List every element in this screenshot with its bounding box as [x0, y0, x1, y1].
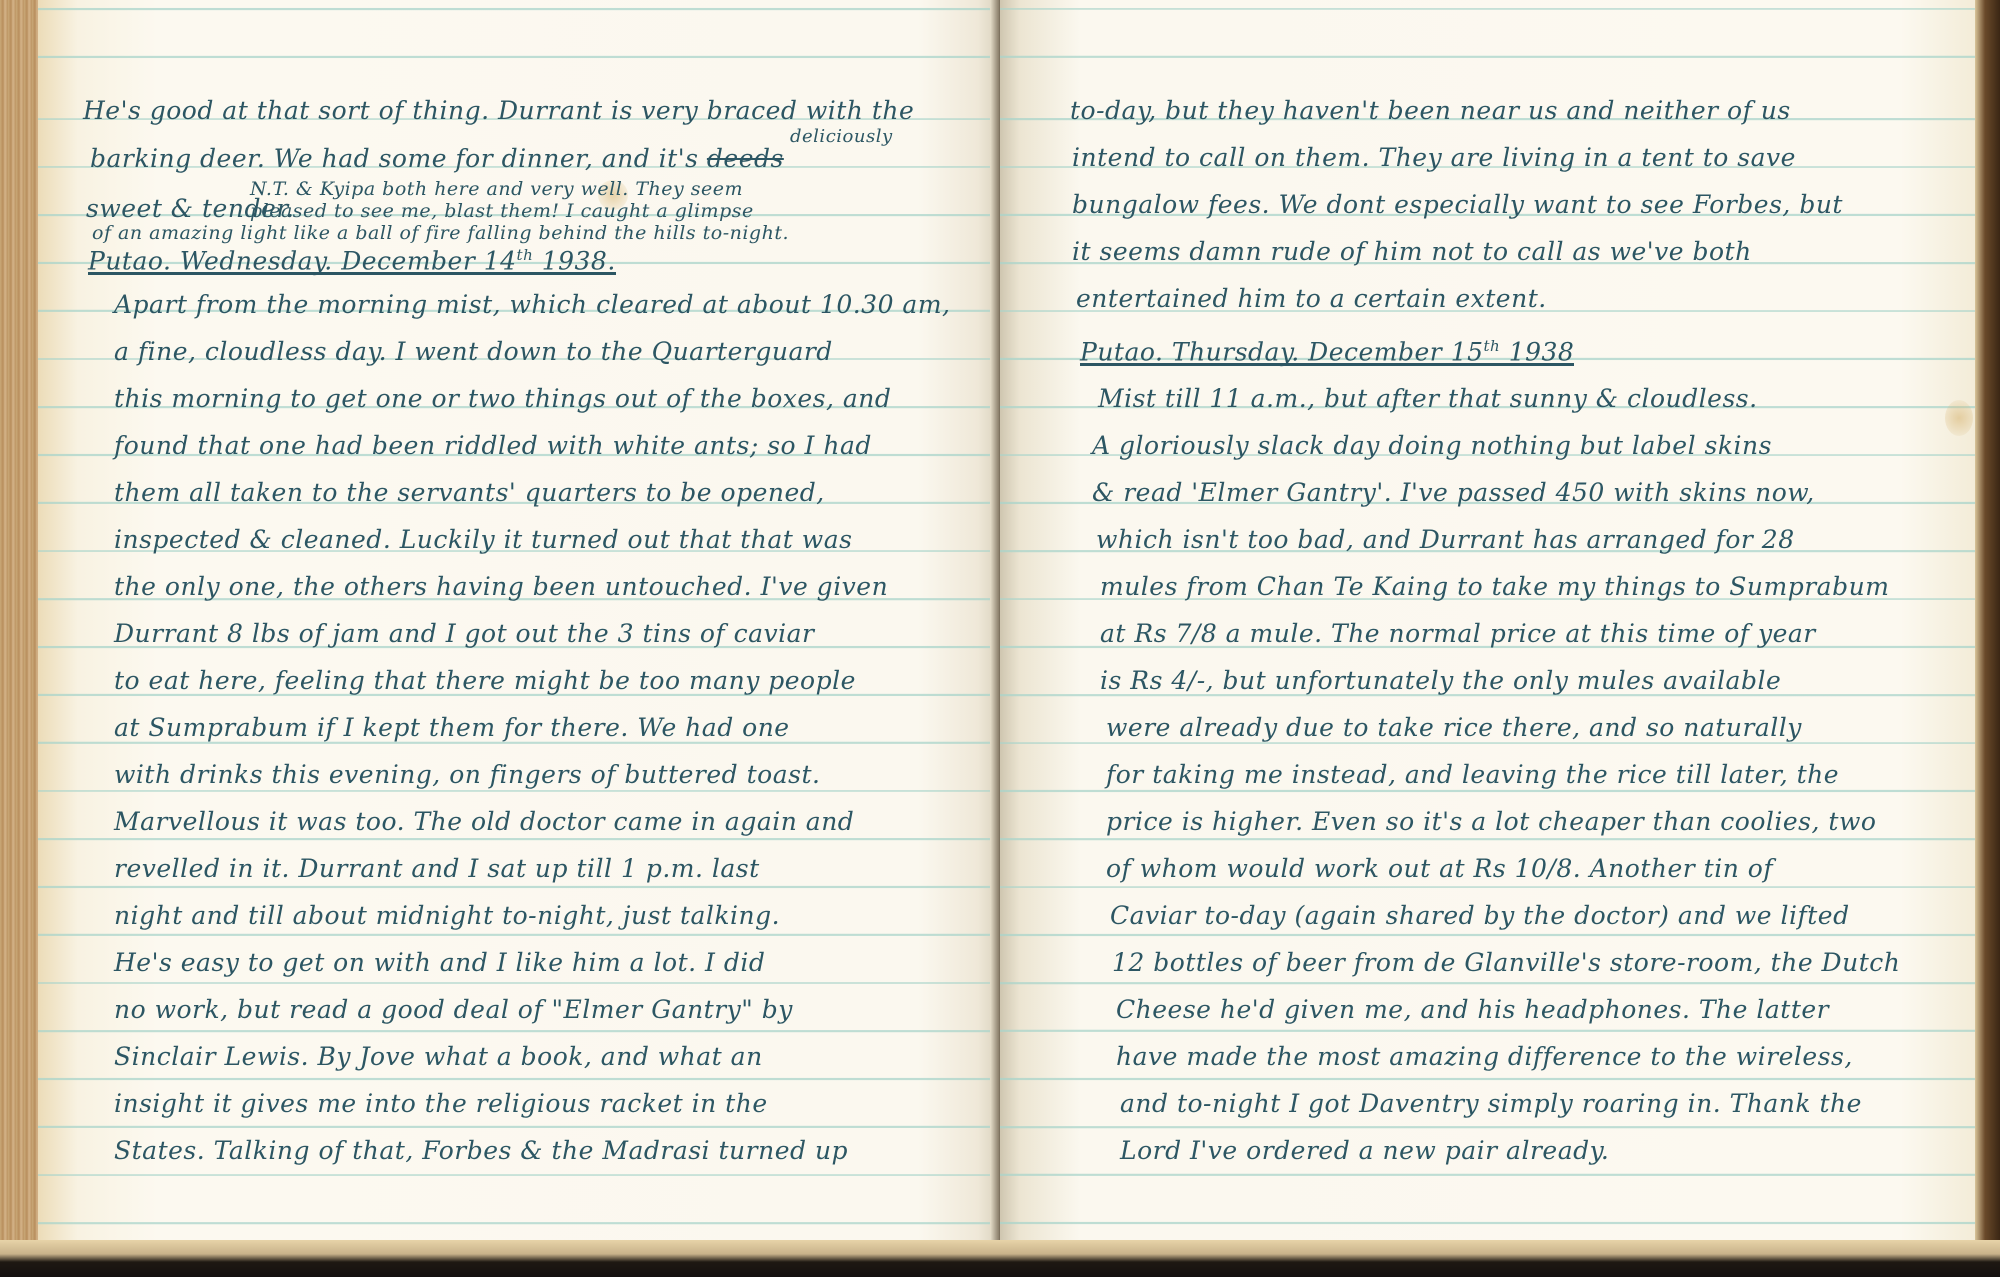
text-line: Apart from the morning mist, which clear… [114, 290, 951, 320]
text-line: States. Talking of that, Forbes & the Ma… [114, 1136, 848, 1166]
text-line: for taking me instead, and leaving the r… [1106, 760, 1839, 790]
heading-date-suffix: th [1484, 337, 1501, 355]
text-line: were already due to take rice there, and… [1106, 713, 1802, 743]
text-line: a fine, cloudless day. I went down to th… [114, 337, 833, 367]
text-line: barking deer. We had some for dinner, an… [90, 144, 784, 174]
text-line: them all taken to the servants' quarters… [114, 478, 825, 508]
text-line: the only one, the others having been unt… [114, 572, 888, 602]
marginal-insert-line: N.T. & Kyipa both here and very well. Th… [250, 178, 743, 200]
text-line: at Sumprabum if I kept them for there. W… [114, 713, 790, 743]
heading-date-suffix: th [517, 246, 534, 264]
text-line: Marvellous it was too. The old doctor ca… [114, 807, 854, 837]
text-line: night and till about midnight to-night, … [114, 901, 780, 931]
heading-date: December 14 [341, 246, 516, 275]
text-line: Cheese he'd given me, and his headphones… [1116, 995, 1829, 1025]
book-bottom-edge [0, 1240, 2000, 1277]
text-line: at Rs 7/8 a mule. The normal price at th… [1100, 619, 1816, 649]
text-line: and to-night I got Daventry simply roari… [1120, 1089, 1862, 1119]
text-line: to-day, but they haven't been near us an… [1070, 96, 1791, 126]
right-page: to-day, but they haven't been near us an… [1000, 0, 1975, 1262]
text-fragment: barking deer. We had some for dinner, an… [90, 144, 698, 173]
heading-place: Putao. [1080, 337, 1163, 366]
page-edges-left [0, 0, 38, 1262]
text-line: He's good at that sort of thing. Durrant… [83, 96, 914, 126]
text-line: no work, but read a good deal of "Elmer … [114, 995, 793, 1025]
text-line: found that one had been riddled with whi… [114, 431, 872, 461]
text-line: 12 bottles of beer from de Glanville's s… [1112, 948, 1900, 978]
notebook-spread: He's good at that sort of thing. Durrant… [0, 0, 2000, 1262]
text-line: intend to call on them. They are living … [1072, 143, 1796, 173]
struck-word: deeds [707, 144, 784, 173]
left-page-text: He's good at that sort of thing. Durrant… [38, 0, 1000, 1262]
text-line: revelled in it. Durrant and I sat up til… [114, 854, 760, 884]
text-line: A gloriously slack day doing nothing but… [1092, 431, 1772, 461]
text-line: Mist till 11 a.m., but after that sunny … [1098, 384, 1758, 414]
entry-heading-dec-15: Putao. Thursday. December 15th 1938 [1080, 331, 1574, 366]
text-line: insight it gives me into the religious r… [114, 1089, 768, 1119]
text-line: Sinclair Lewis. By Jove what a book, and… [114, 1042, 763, 1072]
text-line: have made the most amazing difference to… [1116, 1042, 1853, 1072]
text-line: Caviar to-day (again shared by the docto… [1110, 901, 1850, 931]
heading-weekday: Thursday. [1172, 337, 1300, 366]
text-line: which isn't too bad, and Durrant has arr… [1096, 525, 1795, 555]
inserted-word: deliciously [790, 126, 893, 147]
text-line: is Rs 4/-, but unfortunately the only mu… [1100, 666, 1781, 696]
heading-year: 1938 [1509, 337, 1575, 366]
page-edges-right [1975, 0, 2000, 1262]
text-line: mules from Chan Te Kaing to take my thin… [1100, 572, 1889, 602]
text-line: & read 'Elmer Gantry'. I've passed 450 w… [1092, 478, 1815, 508]
left-page: He's good at that sort of thing. Durrant… [38, 0, 1000, 1262]
text-line: bungalow fees. We dont especially want t… [1072, 190, 1843, 220]
text-line: He's easy to get on with and I like him … [114, 948, 765, 978]
text-line: it seems damn rude of him not to call as… [1072, 237, 1752, 267]
text-line: price is higher. Even so it's a lot chea… [1106, 807, 1876, 837]
entry-heading-dec-14: Putao. Wednesday. December 14th 1938. [88, 240, 616, 275]
marginal-insert-line: pleased to see me, blast them! I caught … [250, 200, 754, 222]
right-page-text: to-day, but they haven't been near us an… [1000, 0, 1975, 1262]
text-line: entertained him to a certain extent. [1076, 284, 1547, 314]
heading-place: Putao. [88, 246, 171, 275]
text-line: this morning to get one or two things ou… [114, 384, 891, 414]
text-line: to eat here, feeling that there might be… [114, 666, 856, 696]
text-line: Durrant 8 lbs of jam and I got out the 3… [114, 619, 815, 649]
text-line: of whom would work out at Rs 10/8. Anoth… [1106, 854, 1773, 884]
text-line: Lord I've ordered a new pair already. [1120, 1136, 1609, 1166]
heading-weekday: Wednesday. [180, 246, 333, 275]
heading-year: 1938. [542, 246, 616, 275]
text-line: with drinks this evening, on fingers of … [114, 760, 820, 790]
text-line: inspected & cleaned. Luckily it turned o… [114, 525, 852, 555]
heading-date: December 15 [1308, 337, 1483, 366]
